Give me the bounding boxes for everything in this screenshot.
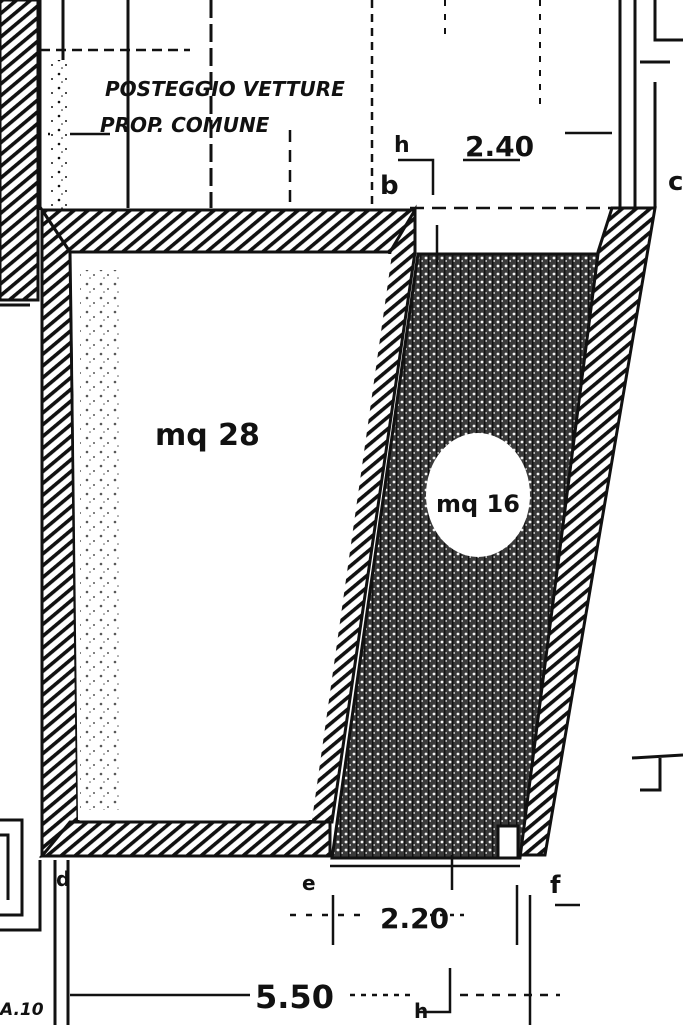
room-right-area-label: mq 16: [436, 490, 520, 518]
parking-label-line1: POSTEGGIO VETTURE: [105, 77, 345, 101]
room-left-stipple: [80, 270, 120, 810]
floor-plan-drawing: POSTEGGIO VETTURE PROP. COMUNE mq 28 mq …: [0, 0, 683, 1025]
right-margin-glyph: [632, 755, 683, 790]
pillar: [498, 826, 518, 858]
point-label-f: f: [550, 871, 561, 899]
point-label-e: e: [302, 871, 316, 895]
room-left-area-label: mq 28: [155, 418, 260, 453]
dimension-left-edge: A.10: [0, 1000, 44, 1020]
parking-grid: [40, 0, 683, 210]
dimension-bottom-overall: 5.50: [255, 978, 334, 1016]
point-label-c: c: [668, 167, 683, 197]
point-label-h-bottom: h: [414, 999, 428, 1023]
stipple-strip: [50, 60, 70, 210]
dimension-top: 2.40: [465, 130, 534, 163]
point-label-b: b: [380, 171, 399, 201]
point-label-d: d: [56, 867, 70, 891]
parking-label-line2: PROP. COMUNE: [100, 113, 270, 137]
point-label-h-top: h: [394, 133, 410, 158]
dimension-bottom-inner: 2.20: [380, 902, 449, 935]
wall-top-left: [0, 0, 38, 300]
